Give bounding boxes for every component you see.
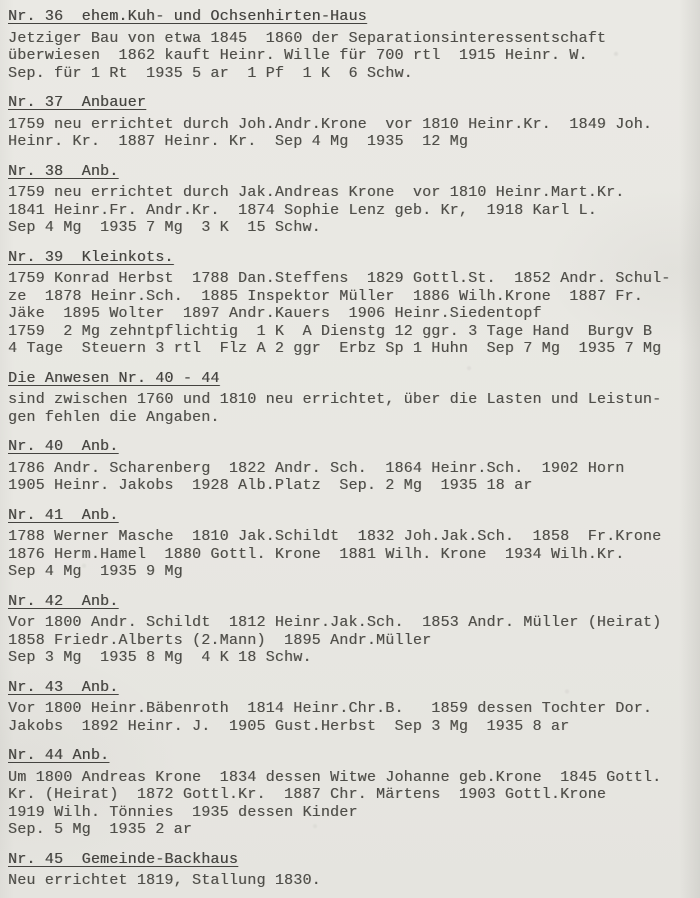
section-heading: Nr. 39 Kleinkots. [8,249,694,267]
section-body: 1759 neu errichtet durch Jak.Andreas Kro… [8,184,694,237]
section-heading: Nr. 38 Anb. [8,163,694,181]
section-body: sind zwischen 1760 und 1810 neu errichte… [8,391,694,426]
section-heading: Nr. 42 Anb. [8,593,694,611]
section-body: 1759 Konrad Herbst 1788 Dan.Steffens 182… [8,270,694,358]
section-heading: Nr. 40 Anb. [8,438,694,456]
section-heading: Nr. 41 Anb. [8,507,694,525]
section-heading: Nr. 36 ehem.Kuh- und Ochsenhirten-Haus [8,8,694,26]
section-body: 1788 Werner Masche 1810 Jak.Schildt 1832… [8,528,694,581]
section-body: 1786 Andr. Scharenberg 1822 Andr. Sch. 1… [8,460,694,495]
section-nr-43: Nr. 43 Anb. Vor 1800 Heinr.Bäbenroth 181… [8,679,694,736]
section-body: 1759 neu errichtet durch Joh.Andr.Krone … [8,116,694,151]
section-nr-39: Nr. 39 Kleinkots. 1759 Konrad Herbst 178… [8,249,694,358]
document-page: Nr. 36 ehem.Kuh- und Ochsenhirten-Haus J… [0,0,700,898]
section-body: Vor 1800 Heinr.Bäbenroth 1814 Heinr.Chr.… [8,700,694,735]
section-nr-36: Nr. 36 ehem.Kuh- und Ochsenhirten-Haus J… [8,8,694,82]
section-nr-42: Nr. 42 Anb. Vor 1800 Andr. Schildt 1812 … [8,593,694,667]
section-heading: Nr. 37 Anbauer [8,94,694,112]
section-anwesen-40-44: Die Anwesen Nr. 40 - 44 sind zwischen 17… [8,370,694,427]
section-nr-44: Nr. 44 Anb. Um 1800 Andreas Krone 1834 d… [8,747,694,839]
section-body: Um 1800 Andreas Krone 1834 dessen Witwe … [8,769,694,839]
section-body: Vor 1800 Andr. Schildt 1812 Heinr.Jak.Sc… [8,614,694,667]
section-nr-45: Nr. 45 Gemeinde-Backhaus Neu errichtet 1… [8,851,694,890]
section-heading: Nr. 43 Anb. [8,679,694,697]
section-body: Jetziger Bau von etwa 1845 1860 der Sepa… [8,30,694,83]
section-nr-38: Nr. 38 Anb. 1759 neu errichtet durch Jak… [8,163,694,237]
section-nr-37: Nr. 37 Anbauer 1759 neu errichtet durch … [8,94,694,151]
section-heading: Nr. 44 Anb. [8,747,694,765]
section-heading: Die Anwesen Nr. 40 - 44 [8,370,694,388]
section-heading: Nr. 45 Gemeinde-Backhaus [8,851,694,869]
section-body: Neu errichtet 1819, Stallung 1830. [8,872,694,890]
section-nr-40: Nr. 40 Anb. 1786 Andr. Scharenberg 1822 … [8,438,694,495]
section-nr-41: Nr. 41 Anb. 1788 Werner Masche 1810 Jak.… [8,507,694,581]
